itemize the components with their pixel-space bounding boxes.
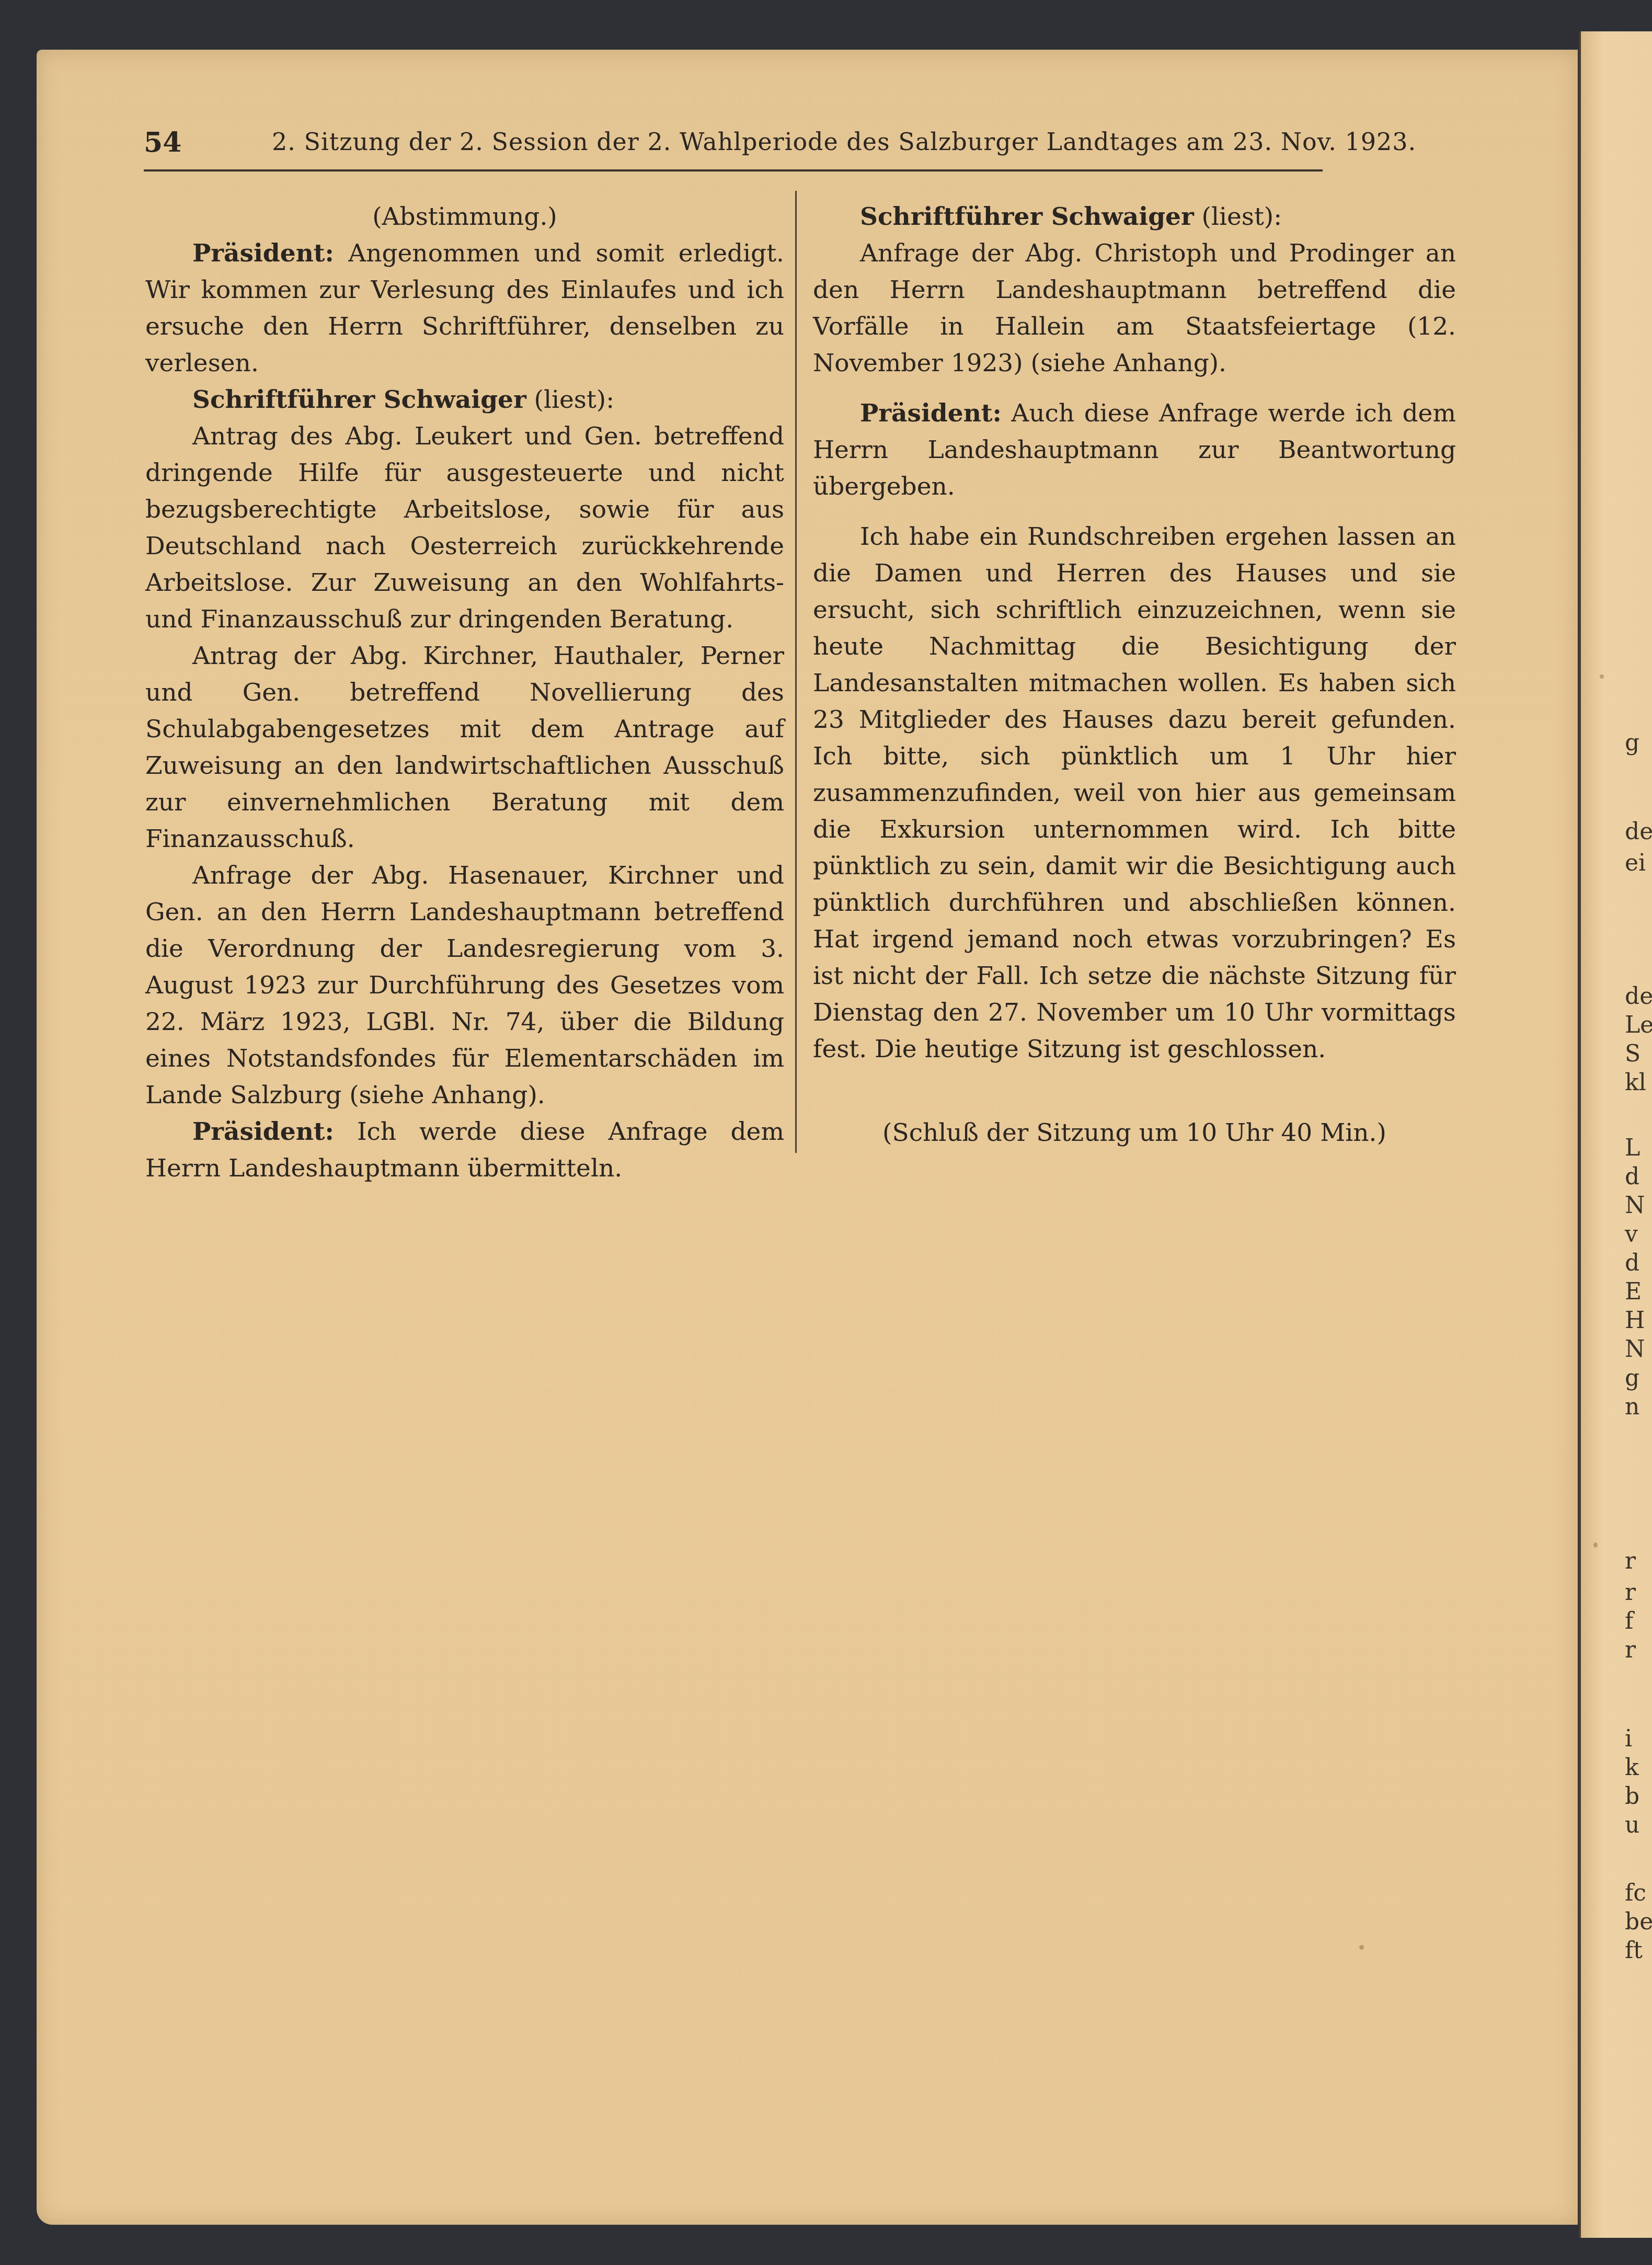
header-rule: [144, 169, 1323, 171]
next-page-fragment: de: [1625, 818, 1652, 845]
motion-paragraph: Antrag der Abg. Kirchner, Hauthaler, Per…: [145, 638, 784, 857]
next-page-fragment: d: [1625, 1250, 1639, 1276]
running-header: 54 2. Sitzung der 2. Session der 2. Wahl…: [144, 121, 1323, 168]
next-page-fragment: u: [1625, 1812, 1639, 1838]
next-page-fragment: L: [1625, 1135, 1640, 1161]
speaker-label: Schriftführer Schwaiger: [192, 385, 526, 414]
next-page-fragment: d: [1625, 1163, 1639, 1190]
next-page-fragment: N: [1625, 1336, 1645, 1363]
next-page-fragment: be: [1625, 1908, 1652, 1935]
next-page-fragment: v: [1625, 1221, 1638, 1248]
next-page-fragment: f: [1625, 1608, 1633, 1634]
adjacent-page-edge: [1579, 31, 1652, 2238]
speaker-label: Präsident:: [860, 399, 1002, 428]
column-divider: [795, 191, 797, 1153]
next-page-fragment: E: [1625, 1278, 1642, 1305]
inquiry-paragraph: Anfrage der Abg. Hasenauer, Kirchner und…: [145, 857, 784, 1114]
next-page-fragment: r: [1625, 1637, 1636, 1663]
next-page-fragment: r: [1625, 1579, 1636, 1606]
next-page-fragment: k: [1625, 1754, 1639, 1781]
next-page-fragment: i: [1625, 1725, 1632, 1752]
paragraph: Präsident: Angenommen und somit erledigt…: [145, 235, 784, 382]
vote-note: (Abstimmung.): [145, 199, 784, 235]
session-close-note: (Schluß der Sitzung um 10 Uhr 40 Min.): [813, 1115, 1456, 1151]
right-column: Schriftführer Schwaiger (liest): Anfrage…: [813, 199, 1456, 1151]
running-title: 2. Sitzung der 2. Session der 2. Wahlper…: [272, 128, 1416, 156]
paper-blemish: [1600, 674, 1604, 679]
next-page-fragment: Le: [1625, 1012, 1652, 1038]
next-page-fragment: de: [1625, 983, 1652, 1010]
next-page-fragment: n: [1625, 1393, 1639, 1420]
speaker-label: Präsident:: [192, 239, 334, 268]
next-page-fragment: S: [1625, 1040, 1640, 1067]
next-page-fragment: b: [1625, 1783, 1639, 1810]
speaker-label: Schriftführer Schwaiger: [860, 202, 1194, 231]
next-page-fragment: H: [1625, 1307, 1645, 1334]
paragraph-text: (liest):: [526, 385, 614, 414]
announcement-paragraph: Ich habe ein Rundschreiben ergehen lasse…: [813, 519, 1456, 1068]
next-page-fragment: ft: [1625, 1937, 1643, 1964]
inquiry-paragraph: Anfrage der Abg. Christoph und Prodinger…: [813, 235, 1456, 382]
next-page-fragment: kl: [1625, 1069, 1646, 1096]
paper-blemish: [1593, 1542, 1598, 1548]
left-column: (Abstimmung.) Präsident: Angenommen und …: [145, 199, 784, 1187]
next-page-fragment: ei: [1625, 850, 1646, 876]
motion-paragraph: Antrag des Abg. Leukert und Gen. betreff…: [145, 418, 784, 638]
paper-blemish: [1359, 1945, 1364, 1950]
paragraph: Schriftführer Schwaiger (liest):: [813, 199, 1456, 235]
next-page-fragment: fc: [1625, 1880, 1646, 1906]
paragraph: Präsident: Auch diese Anfrage werde ich …: [813, 395, 1456, 505]
next-page-fragment: g: [1625, 729, 1639, 756]
paragraph-text: (liest):: [1194, 202, 1282, 231]
paragraph: Präsident: Ich werde diese Anfrage dem H…: [145, 1114, 784, 1187]
paragraph: Schriftführer Schwaiger (liest):: [145, 382, 784, 418]
next-page-fragment: g: [1625, 1365, 1639, 1391]
page-number: 54: [144, 127, 181, 158]
next-page-fragment: N: [1625, 1192, 1645, 1219]
next-page-fragment: r: [1625, 1548, 1636, 1574]
speaker-label: Präsident:: [192, 1117, 334, 1146]
